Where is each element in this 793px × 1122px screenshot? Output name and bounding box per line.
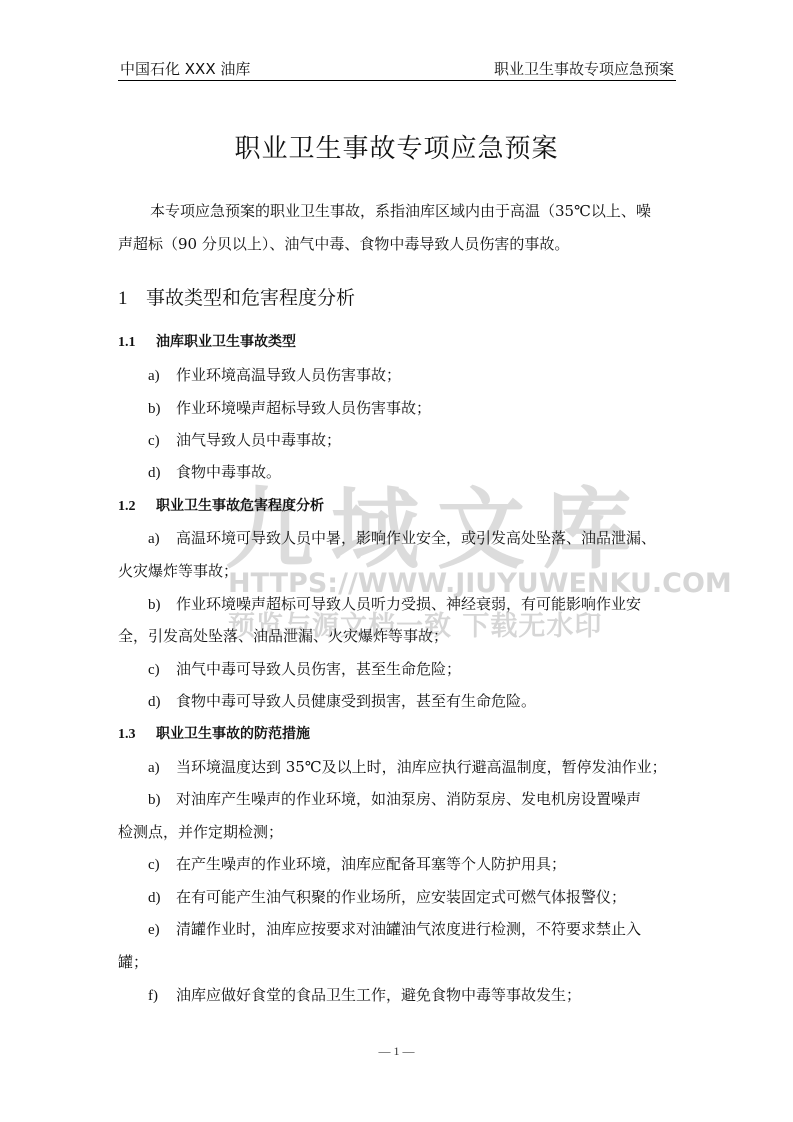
item-label: b) — [148, 792, 176, 809]
subsection-number: 1.3 — [118, 727, 156, 743]
subsection-1-1-heading: 1.1油库职业卫生事故类型 — [118, 331, 296, 351]
item-text: 清罐作业时，油库应按要求对油罐油气浓度进行检测，不符要求禁止入 — [176, 920, 641, 938]
item-text: 食物中毒可导致人员健康受到损害，甚至有生命危险。 — [176, 692, 536, 710]
item-label: f) — [148, 988, 176, 1005]
subsection-number: 1.1 — [118, 335, 156, 351]
list-item-continuation: 火灾爆炸等事故； — [118, 560, 238, 581]
subsection-title: 油库职业卫生事故类型 — [156, 334, 296, 350]
list-item-continuation: 罐； — [118, 951, 148, 972]
section-title: 事故类型和危害程度分析 — [146, 287, 355, 309]
item-label: c) — [148, 857, 176, 874]
list-item: c)油气导致人员中毒事故； — [148, 429, 341, 450]
list-item: a)高温环境可导致人员中暑，影响作业安全，或引发高处坠落、油品泄漏、 — [148, 527, 656, 548]
item-label: b) — [148, 597, 176, 614]
running-header: 中国石化 XXX 油库 职业卫生事故专项应急预案 — [118, 56, 676, 81]
item-label: a) — [148, 531, 176, 548]
list-item: d)食物中毒可导致人员健康受到损害，甚至有生命危险。 — [148, 690, 536, 711]
item-text: 对油库产生噪声的作业环境，如油泵房、消防泵房、发电机房设置噪声 — [176, 790, 641, 808]
page-number: — 1 — — [0, 1044, 793, 1059]
subsection-1-3-heading: 1.3职业卫生事故的防范措施 — [118, 723, 310, 743]
item-text: 在产生噪声的作业环境，油库应配备耳塞等个人防护用具； — [176, 855, 566, 873]
item-label: d) — [148, 465, 176, 482]
document-page: 九域文库 HTTPS://WWW.JIUYUWENKU.COM 预览与源文档一致… — [0, 0, 793, 1122]
item-text: 高温环境可导致人员中暑，影响作业安全，或引发高处坠落、油品泄漏、 — [176, 529, 656, 547]
list-item: a)作业环境高温导致人员伤害事故； — [148, 364, 401, 385]
item-text: 作业环境高温导致人员伤害事故； — [176, 366, 401, 384]
list-item: c)油气中毒可导致人员伤害，甚至生命危险； — [148, 658, 461, 679]
item-text: 食物中毒事故。 — [176, 463, 281, 481]
item-label: e) — [148, 922, 176, 939]
subsection-number: 1.2 — [118, 499, 156, 515]
item-text: 油气中毒可导致人员伤害，甚至生命危险； — [176, 660, 461, 678]
section-1-heading: 1事故类型和危害程度分析 — [118, 283, 355, 310]
item-text: 当环境温度达到 35℃及以上时，油库应执行避高温制度，暂停发油作业； — [176, 758, 667, 776]
item-label: c) — [148, 662, 176, 679]
item-label: a) — [148, 368, 176, 385]
item-label: c) — [148, 433, 176, 450]
intro-paragraph-line2: 声超标（90 分贝以上）、油气中毒、食物中毒导致人员伤害的事故。 — [118, 233, 569, 254]
list-item: c)在产生噪声的作业环境，油库应配备耳塞等个人防护用具； — [148, 853, 566, 874]
list-item: f)油库应做好食堂的食品卫生工作，避免食物中毒等事故发生； — [148, 984, 581, 1005]
list-item: e)清罐作业时，油库应按要求对油罐油气浓度进行检测，不符要求禁止入 — [148, 918, 641, 939]
list-item: d)食物中毒事故。 — [148, 461, 281, 482]
list-item-continuation: 全，引发高处坠落、油品泄漏、火灾爆炸等事故； — [118, 625, 448, 646]
list-item-continuation: 检测点，并作定期检测； — [118, 821, 283, 842]
item-label: d) — [148, 890, 176, 907]
item-text: 作业环境噪声超标导致人员伤害事故； — [176, 399, 431, 417]
list-item: b)对油库产生噪声的作业环境，如油泵房、消防泵房、发电机房设置噪声 — [148, 788, 641, 809]
section-number: 1 — [118, 288, 146, 310]
subsection-1-2-heading: 1.2职业卫生事故危害程度分析 — [118, 495, 324, 515]
item-label: d) — [148, 694, 176, 711]
header-document-title: 职业卫生事故专项应急预案 — [494, 58, 674, 79]
subsection-title: 职业卫生事故危害程度分析 — [156, 498, 324, 514]
page-content: 中国石化 XXX 油库 职业卫生事故专项应急预案 职业卫生事故专项应急预案 本专… — [0, 0, 793, 1122]
subsection-title: 职业卫生事故的防范措施 — [156, 726, 310, 742]
item-text: 油气导致人员中毒事故； — [176, 431, 341, 449]
header-organization: 中国石化 XXX 油库 — [120, 58, 250, 79]
item-text: 在有可能产生油气积聚的作业场所，应安装固定式可燃气体报警仪； — [176, 888, 626, 906]
list-item: a)当环境温度达到 35℃及以上时，油库应执行避高温制度，暂停发油作业； — [148, 756, 667, 777]
item-label: a) — [148, 760, 176, 777]
intro-paragraph-line1: 本专项应急预案的职业卫生事故，系指油库区域内由于高温（35℃以上、噪 — [150, 200, 651, 221]
item-text: 油库应做好食堂的食品卫生工作，避免食物中毒等事故发生； — [176, 986, 581, 1004]
item-label: b) — [148, 401, 176, 418]
item-text: 作业环境噪声超标可导致人员听力受损、神经衰弱，有可能影响作业安 — [176, 595, 641, 613]
list-item: b)作业环境噪声超标可导致人员听力受损、神经衰弱，有可能影响作业安 — [148, 593, 641, 614]
page-title: 职业卫生事故专项应急预案 — [0, 128, 793, 165]
list-item: b)作业环境噪声超标导致人员伤害事故； — [148, 397, 431, 418]
list-item: d)在有可能产生油气积聚的作业场所，应安装固定式可燃气体报警仪； — [148, 886, 626, 907]
